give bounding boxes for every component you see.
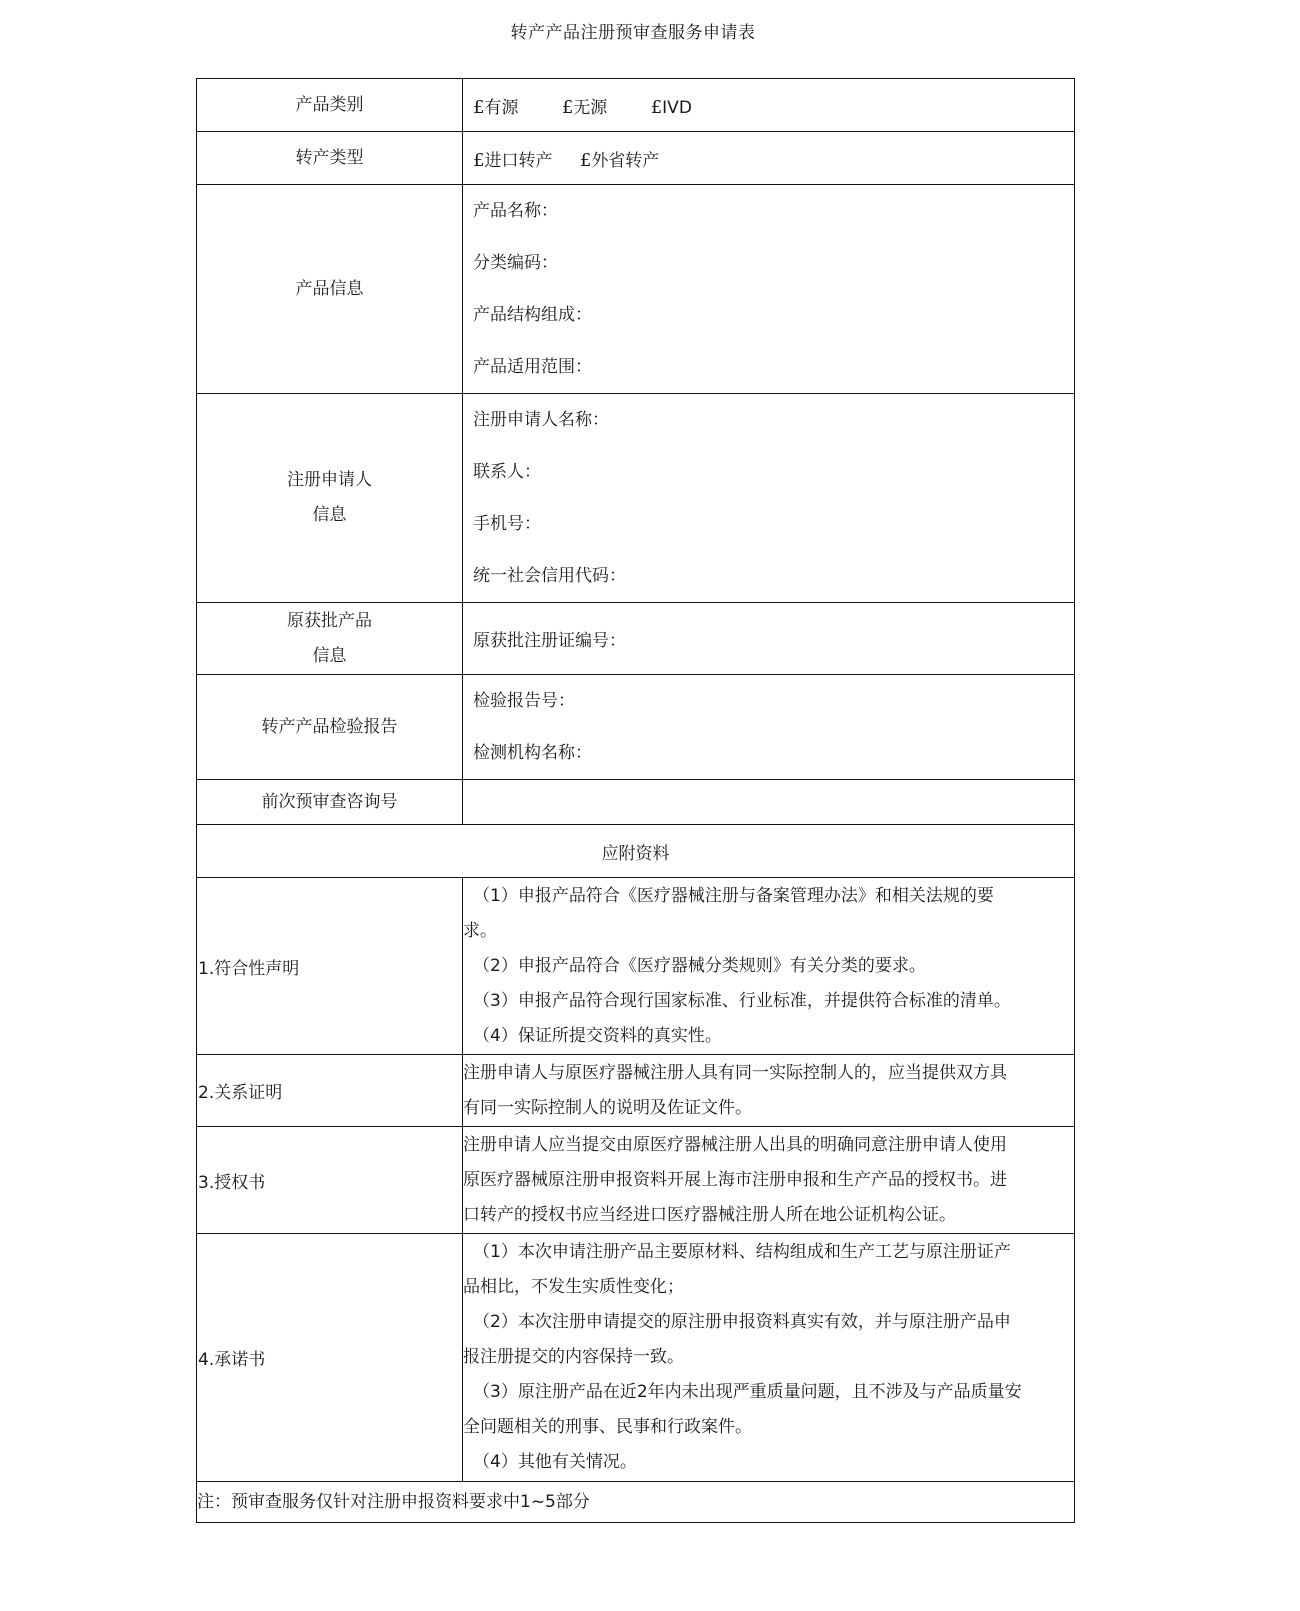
option-active[interactable]: £有源 (473, 98, 518, 118)
text-line: （1）本次申请注册产品主要原材料、结构组成和生产工艺与原注册证产 (463, 1235, 1074, 1270)
field-testing-institution[interactable]: 检测机构名称： (473, 727, 1074, 779)
text-line: 原医疗器械原注册申报资料开展上海市注册申报和生产产品的授权书。进 (463, 1163, 1074, 1198)
text-line: （4）保证所提交资料的真实性。 (463, 1019, 1074, 1054)
field-mobile[interactable]: 手机号： (473, 498, 1074, 550)
field-product-scope[interactable]: 产品适用范围： (473, 341, 1074, 393)
attachment-label: 3.授权书 (197, 1127, 463, 1234)
label-line: 注册申请人 (197, 463, 462, 498)
footnote: 注：预审查服务仅针对注册申报资料要求中1~5部分 (197, 1482, 1075, 1523)
text-line: （2）本次注册申请提交的原注册申报资料真实有效，并与原注册产品申 (463, 1305, 1074, 1340)
text-line: 报注册提交的内容保持一致。 (463, 1340, 1074, 1375)
option-label: 外省转产 (591, 151, 659, 171)
application-form-table: 产品类别 £有源 £无源 £IVD 转产类型 £进口转产 £外省转产 产品信息 … (196, 78, 1075, 1523)
row-inspection-report: 转产产品检验报告 检验报告号： 检测机构名称： (197, 675, 1075, 780)
option-other-province-transfer[interactable]: £外省转产 (580, 151, 659, 171)
text-line: 有同一实际控制人的说明及佐证文件。 (463, 1091, 1074, 1126)
row-transfer-type: 转产类型 £进口转产 £外省转产 (197, 132, 1075, 185)
row-applicant-info: 注册申请人 信息 注册申请人名称： 联系人： 手机号： 统一社会信用代码： (197, 394, 1075, 603)
field-product-name[interactable]: 产品名称： (473, 185, 1074, 237)
checkbox-icon[interactable]: £ (580, 150, 591, 171)
label-transfer-type: 转产类型 (197, 132, 463, 185)
label-applicant-info: 注册申请人 信息 (197, 394, 463, 603)
text-line: （3）原注册产品在近2年内未出现严重质量问题，且不涉及与产品质量安 (463, 1375, 1074, 1410)
attachment-label: 1.符合性声明 (197, 878, 463, 1055)
text-line: 注册申请人应当提交由原医疗器械注册人出具的明确同意注册申请人使用 (463, 1128, 1074, 1163)
attachment-content: （1）申报产品符合《医疗器械注册与备案管理办法》和相关法规的要 求。 （2）申报… (463, 878, 1075, 1055)
field-contact-person[interactable]: 联系人： (473, 446, 1074, 498)
attachment-content: 注册申请人应当提交由原医疗器械注册人出具的明确同意注册申请人使用 原医疗器械原注… (463, 1127, 1075, 1234)
row-previous-inquiry: 前次预审查咨询号 (197, 780, 1075, 825)
checkbox-icon[interactable]: £ (562, 97, 573, 118)
option-import-transfer[interactable]: £进口转产 (473, 151, 552, 171)
field-report-number[interactable]: 检验报告号： (473, 675, 1074, 727)
row-attachments-header: 应附资料 (197, 825, 1075, 878)
attachment-row-2: 2.关系证明 注册申请人与原医疗器械注册人具有同一实际控制人的，应当提供双方具 … (197, 1055, 1075, 1127)
text-line: 全问题相关的刑事、民事和行政案件。 (463, 1410, 1074, 1445)
attachment-content: （1）本次申请注册产品主要原材料、结构组成和生产工艺与原注册证产 品相比，不发生… (463, 1234, 1075, 1482)
text-line: 口转产的授权书应当经进口医疗器械注册人所在地公证机构公证。 (463, 1198, 1074, 1233)
attachment-content: 注册申请人与原医疗器械注册人具有同一实际控制人的，应当提供双方具 有同一实际控制… (463, 1055, 1075, 1127)
label-inspection-report: 转产产品检验报告 (197, 675, 463, 780)
attachment-label: 2.关系证明 (197, 1055, 463, 1127)
option-passive[interactable]: £无源 (562, 98, 607, 118)
field-classification-code[interactable]: 分类编码： (473, 237, 1074, 289)
field-original-certificate-no[interactable]: 原获批注册证编号： (463, 603, 1075, 675)
option-label: IVD (662, 98, 692, 118)
text-line: 注册申请人与原医疗器械注册人具有同一实际控制人的，应当提供双方具 (463, 1056, 1074, 1091)
text-line: （4）其他有关情况。 (463, 1445, 1074, 1480)
attachment-row-1: 1.符合性声明 （1）申报产品符合《医疗器械注册与备案管理办法》和相关法规的要 … (197, 878, 1075, 1055)
row-product-info: 产品信息 产品名称： 分类编码： 产品结构组成： 产品适用范围： (197, 185, 1075, 394)
field-credit-code[interactable]: 统一社会信用代码： (473, 550, 1074, 602)
field-applicant-name[interactable]: 注册申请人名称： (473, 394, 1074, 446)
attachment-label: 4.承诺书 (197, 1234, 463, 1482)
field-previous-inquiry-no[interactable] (463, 780, 1075, 825)
inspection-report-fields: 检验报告号： 检测机构名称： (463, 675, 1075, 780)
product-category-options: £有源 £无源 £IVD (463, 79, 1075, 132)
label-previous-inquiry: 前次预审查咨询号 (197, 780, 463, 825)
row-original-product: 原获批产品 信息 原获批注册证编号： (197, 603, 1075, 675)
checkbox-icon[interactable]: £ (473, 97, 484, 118)
text-line: （3）申报产品符合现行国家标准、行业标准，并提供符合标准的清单。 (463, 984, 1074, 1019)
applicant-info-fields: 注册申请人名称： 联系人： 手机号： 统一社会信用代码： (463, 394, 1075, 603)
label-product-info: 产品信息 (197, 185, 463, 394)
text-line: （1）申报产品符合《医疗器械注册与备案管理办法》和相关法规的要 (463, 879, 1074, 914)
row-product-category: 产品类别 £有源 £无源 £IVD (197, 79, 1075, 132)
product-info-fields: 产品名称： 分类编码： 产品结构组成： 产品适用范围： (463, 185, 1075, 394)
label-original-product: 原获批产品 信息 (197, 603, 463, 675)
checkbox-icon[interactable]: £ (473, 150, 484, 171)
option-label: 无源 (573, 98, 607, 118)
text-line: （2）申报产品符合《医疗器械分类规则》有关分类的要求。 (463, 949, 1074, 984)
page-title: 转产产品注册预审查服务申请表 (0, 18, 1266, 43)
field-product-structure[interactable]: 产品结构组成： (473, 289, 1074, 341)
attachment-row-4: 4.承诺书 （1）本次申请注册产品主要原材料、结构组成和生产工艺与原注册证产 品… (197, 1234, 1075, 1482)
label-line: 原获批产品 (197, 604, 462, 639)
checkbox-icon[interactable]: £ (651, 97, 662, 118)
transfer-type-options: £进口转产 £外省转产 (463, 132, 1075, 185)
section-title-attachments: 应附资料 (197, 825, 1075, 878)
text-line: 品相比，不发生实质性变化； (463, 1270, 1074, 1305)
text-line: 求。 (463, 914, 1074, 949)
row-note: 注：预审查服务仅针对注册申报资料要求中1~5部分 (197, 1482, 1075, 1523)
attachment-row-3: 3.授权书 注册申请人应当提交由原医疗器械注册人出具的明确同意注册申请人使用 原… (197, 1127, 1075, 1234)
option-label: 有源 (484, 98, 518, 118)
option-ivd[interactable]: £IVD (651, 98, 692, 118)
option-label: 进口转产 (484, 151, 552, 171)
label-line: 信息 (197, 498, 462, 533)
label-product-category: 产品类别 (197, 79, 463, 132)
label-line: 信息 (197, 639, 462, 674)
